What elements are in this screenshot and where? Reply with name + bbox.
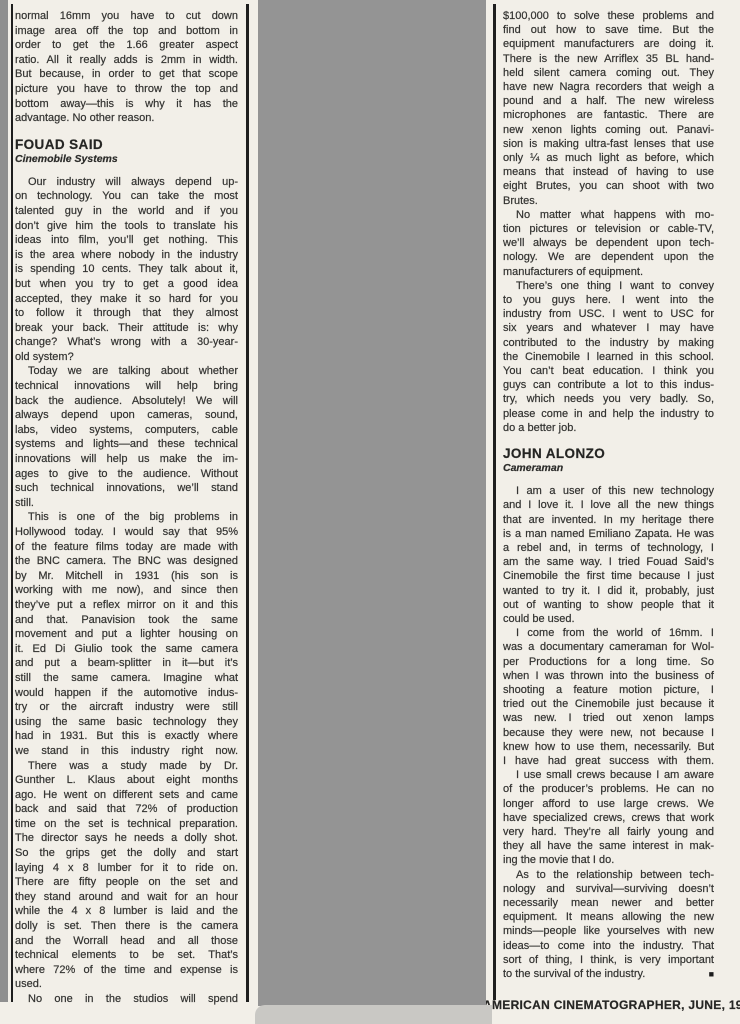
text-line: minds—people like yourselves with new (503, 924, 714, 938)
text-line: You can’t beat education. I think you (503, 364, 714, 378)
next-page-edge (255, 1005, 492, 1024)
text-line: break your back. Their attitude is: why (15, 321, 238, 336)
text-line: try or the aircraft industry were still (15, 700, 238, 715)
text-line: ideas into film, you’ll get nothing. Thi… (15, 233, 238, 248)
text-line: on technology. You can take the most (15, 189, 238, 204)
text-line: they’ve put a reflex mirror on it and th… (15, 598, 238, 613)
text-line: ratio. All it really adds is 2mm in widt… (15, 53, 238, 68)
text-line: dolly is set. Then there is the camera (15, 919, 238, 934)
text-line: ago. He went on different sets and came (15, 788, 238, 803)
text-line: wanted to try it. I did it, probably, ju… (503, 584, 714, 598)
speaker-role: Cinemobile Systems (15, 153, 238, 166)
text-line: tried out the Cinemobile just because it (503, 697, 714, 711)
text-line: because they were new, not because I (503, 726, 714, 740)
text-line: was new. I tried out xenon lamps (503, 711, 714, 725)
text-line: still the same camera. Imagine what (15, 671, 238, 686)
text-line: six years and whatever I may have (503, 321, 714, 335)
text-line: do a better job. (503, 421, 714, 435)
paragraph: Our industry will always depend up-on te… (15, 175, 238, 365)
text-line: bottom away—this is why it has the (15, 97, 238, 112)
text-line: we stand in this industry right now. (15, 744, 238, 759)
paragraph: No matter what happens with mo-tion pict… (503, 208, 714, 279)
text-line: Hollywood today. I would say that 95% (15, 525, 238, 540)
left-column-right-rule (246, 4, 249, 1002)
text-line: used. (15, 977, 238, 992)
right-column-left-rule (493, 4, 496, 1000)
text-line: is the area where nobody in the industry (15, 248, 238, 263)
text-line: So the grips get the dolly and start (15, 846, 238, 861)
paragraph: There’s one thing I want to conveyto you… (503, 279, 714, 435)
paragraph: This is one of the big problems inHollyw… (15, 510, 238, 758)
text-line: technical innovations will help bring (15, 379, 238, 394)
text-line: new xenon lights coming out. Panavi- (503, 123, 714, 137)
text-line: I come from the world of 16mm. I (503, 626, 714, 640)
text-line: I have had great success with them. (503, 754, 714, 768)
text-line: of the producer’s problems. He can no (503, 782, 714, 796)
text-line: ing the movie that I do. (503, 853, 714, 867)
text-line: and that. Panavision took the same (15, 613, 238, 628)
text-line: always depend upon cameras, sound, (15, 408, 238, 423)
text-line: had in 1931. But this is exactly where (15, 729, 238, 744)
text-line: when I was thrown into the business of (503, 669, 714, 683)
text-line: guys can contribute a lot to this indus- (503, 378, 714, 392)
text-line: contributed to the industry by making (503, 336, 714, 350)
text-line: out of wanting to show people that it (503, 598, 714, 612)
text-line: using the same basic technology they (15, 715, 238, 730)
text-line: There are fifty people on the set and (15, 875, 238, 890)
text-line: that are invented. In my heritage there (503, 513, 714, 527)
paragraph: No one in the studios will spend (15, 992, 238, 1007)
text-line: only ¼ as much light as before, which (503, 151, 714, 165)
text-line: back and said that 72% of production (15, 802, 238, 817)
text-line: of the feature films today are made with (15, 540, 238, 555)
text-line: still. (15, 496, 238, 511)
speaker-role: Cameraman (503, 462, 714, 475)
paragraph: I am a user of this new technologyand I … (503, 484, 714, 626)
text-line: Cinemobile the first time because I just (503, 569, 714, 583)
text-line: but when you try to get a good idea (15, 277, 238, 292)
right-text-column: $100,000 to solve these problems andfind… (503, 0, 714, 981)
left-column-left-rule (11, 4, 14, 1002)
text-line: working with me now), and since then (15, 583, 238, 598)
text-line: held silent camera coming out. They (503, 66, 714, 80)
text-line: There was a study made by Dr. (15, 759, 238, 774)
text-line: ideas—to come into the industry. That (503, 939, 714, 953)
text-line: would happen if the automotive indus- (15, 686, 238, 701)
speaker-name: FOUAD SAID (15, 137, 238, 153)
text-line: find out how to save time. But the (503, 23, 714, 37)
text-line: I am a user of this new technology (503, 484, 714, 498)
text-line: There’s one thing I want to convey (503, 279, 714, 293)
text-line: movement and put a lighter housing on (15, 627, 238, 642)
text-line: is a man named Emiliano Zapata. He was (503, 527, 714, 541)
text-line: industry from USC. I went to USC for (503, 307, 714, 321)
text-line: to you guys here. I went into the (503, 293, 714, 307)
text-line: back the audience. Absolutely! We will (15, 394, 238, 409)
text-line: laying 4 x 8 lumber for it to ride on. (15, 861, 238, 876)
text-line: they all have the same interest in mak- (503, 839, 714, 853)
text-line: picture you have to throw the top and (15, 82, 238, 97)
text-line: technical elements to be set. That’s (15, 948, 238, 963)
text-line: such technical innovations, we’ll stand (15, 481, 238, 496)
text-line: innovations will help us make the im- (15, 452, 238, 467)
scanned-magazine-page: normal 16mm you have to cut downimage ar… (0, 0, 740, 1024)
text-line: nology. We are dependent upon the (503, 250, 714, 264)
text-line: sort of thing, I think, is very importan… (503, 953, 714, 967)
text-line: Our industry will always depend up- (15, 175, 238, 190)
text-line: means that instead of having to use (503, 165, 714, 179)
text-line: Today we are talking about whether (15, 364, 238, 379)
text-line: This is one of the big problems in (15, 510, 238, 525)
paragraph: Today we are talking about whethertechni… (15, 364, 238, 510)
end-of-article-marker: ■ (709, 967, 714, 981)
text-line: As to the relationship between tech- (503, 868, 714, 882)
text-line: pound and a half. The new wireless (503, 94, 714, 108)
text-line: accepted, they make it so hard for you (15, 292, 238, 307)
paragraph: I come from the world of 16mm. Iwas a do… (503, 626, 714, 768)
text-line: shooting a feature motion picture, I (503, 683, 714, 697)
text-line: Gunther L. Klaus about eight months (15, 773, 238, 788)
text-line: necessarily mean newer and better (503, 896, 714, 910)
text-line: a rebel and, in terms of technology, I (503, 541, 714, 555)
paragraph: There was a study made by Dr.Gunther L. … (15, 759, 238, 993)
text-line: systems and lights—and these technical (15, 437, 238, 452)
text-line: nology and survival—surviving doesn’t (503, 882, 714, 896)
text-line: change? What’s wrong with a 30-year- (15, 335, 238, 350)
text-line: they stand around and wait for an hour (15, 890, 238, 905)
text-line: No matter what happens with mo- (503, 208, 714, 222)
paragraph: I use small crews because I am awareof t… (503, 768, 714, 867)
text-line: labs, video systems, computers, cable (15, 423, 238, 438)
text-line: don’t give him the tools to translate hi… (15, 219, 238, 234)
text-line: the BNC camera. The BNC was designed (15, 554, 238, 569)
text-line: while the 4 x 8 lumber is laid and the (15, 904, 238, 919)
text-line: try, which needs you very badly. So, (503, 392, 714, 406)
text-line: manufacturers of equipment. (503, 265, 714, 279)
text-line: the Cinemobile I learned in this school. (503, 350, 714, 364)
text-line: very hard. They’re all fairly young and (503, 825, 714, 839)
text-line: order to get the 1.66 greater aspect (15, 38, 238, 53)
text-line: No one in the studios will spend (15, 992, 238, 1007)
text-line: eight Brutes, you can shoot with two (503, 179, 714, 193)
text-line: equipment. It means allowing the new (503, 910, 714, 924)
text-line: and the Worrall head and all those (15, 934, 238, 949)
text-line: we’ll always be dependent upon tech- (503, 236, 714, 250)
text-line: please come in and help the industry to (503, 407, 714, 421)
text-line: knew how to use them, necessarily. But (503, 740, 714, 754)
text-line: to follow it through that they almost (15, 306, 238, 321)
text-line: old system? (15, 350, 238, 365)
text-line: The director says he needs a dolly shot. (15, 831, 238, 846)
text-line: it. Ed Di Giulio took the same camera (15, 642, 238, 657)
text-line: was a documentary cameraman for Wol- (503, 640, 714, 654)
text-line: have specialized crews, crews that work (503, 811, 714, 825)
text-line: ■to the survival of the industry. (503, 967, 714, 981)
text-line: I use small crews because I am aware (503, 768, 714, 782)
text-line: by Mr. Mitchell in 1931 (his son is (15, 569, 238, 584)
text-line: ages to give to the audience. Without (15, 467, 238, 482)
text-line: But because, in order to get that scope (15, 67, 238, 82)
text-line: Brutes. (503, 194, 714, 208)
text-line: where 72% of the time and expense is (15, 963, 238, 978)
text-line: advantage. No other reason. (15, 111, 238, 126)
text-line: is spending 10 cents. They talk about it… (15, 262, 238, 277)
text-line: per Productions for a long time. So (503, 655, 714, 669)
paragraph: As to the relationship between tech-nolo… (503, 868, 714, 982)
text-line: microphones are fantastic. There are (503, 108, 714, 122)
scan-left-edge (0, 0, 8, 1002)
text-line: have new Nagra recorders that weigh a (503, 80, 714, 94)
text-line: and I love it. I love all the new things (503, 498, 714, 512)
text-line: could be used. (503, 612, 714, 626)
text-line: and put a beam-splitter in it—but it’s (15, 656, 238, 671)
journal-footer: AMERICAN CINEMATOGRAPHER, JUNE, 1972 (483, 998, 740, 1012)
text-line: tion pictures or television or cable-TV, (503, 222, 714, 236)
speaker-name: JOHN ALONZO (503, 446, 714, 462)
left-text-column: normal 16mm you have to cut downimage ar… (15, 0, 238, 1007)
text-line: time on the set is technical preparation… (15, 817, 238, 832)
text-line: talented guy in the world and if you (15, 204, 238, 219)
speaker-heading: FOUAD SAIDCinemobile Systems (15, 137, 238, 166)
text-line: $100,000 to solve these problems and (503, 9, 714, 23)
paragraph: normal 16mm you have to cut downimage ar… (15, 9, 238, 126)
text-line: normal 16mm you have to cut down (15, 9, 238, 24)
text-line: There is the new Arriflex 35 BL hand- (503, 52, 714, 66)
page-gutter (258, 0, 486, 1006)
text-line: image area off the top and bottom in (15, 24, 238, 39)
text-line: equipment manufacturers are doing it. (503, 37, 714, 51)
text-line: longer afford to use large crews. We (503, 797, 714, 811)
paragraph: $100,000 to solve these problems andfind… (503, 9, 714, 208)
speaker-heading: JOHN ALONZOCameraman (503, 446, 714, 475)
text-line: am the same way. I tried Fouad Said’s (503, 555, 714, 569)
text-line: sion is making ultra-fast lenses that us… (503, 137, 714, 151)
